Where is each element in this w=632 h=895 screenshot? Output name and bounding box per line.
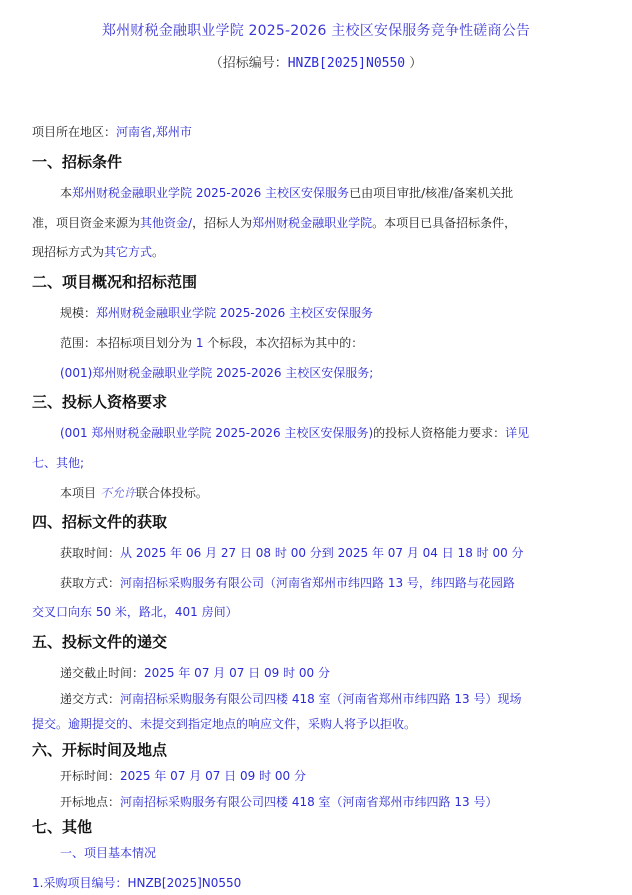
tender-number-code: HNZB[2025]N0550 [288,56,405,71]
tender-number: （招标编号：HNZB[2025]N0550 ） [0,52,632,71]
text: ，招标人为 [192,216,252,230]
region-value: 河南省,郑州市 [116,125,192,139]
scale-value: 郑州财税金融职业学院 2025-2026 主校区安保服务 [96,306,373,320]
basic-info-subheading: 一、项目基本情况 [60,844,156,861]
submission-method: 递交方式：河南招标采购服务有限公司四楼 418 室（河南省郑州市纬四路 13 号… [60,690,521,707]
section-1-para-line3: 现招标方式为其它方式。 [32,243,164,260]
qualification-requirement: (001 郑州财税金融职业学院 2025-2026 主校区安保服务)的投标人资格… [60,424,529,441]
label: 获取时间： [60,546,120,560]
opening-time-value: 2025 年 07 月 07 日 09 时 00 分 [120,769,306,783]
text: 准，项目资金来源为 [32,216,140,230]
section-3-heading: 三、投标人资格要求 [32,391,167,412]
text: 。 [152,245,164,259]
section-6-heading: 六、开标时间及地点 [32,739,167,760]
text: 现招标方式为 [32,245,104,259]
see-reference: 详见 [505,426,529,440]
project-range: 范围：本招标项目划分为 1 个标段，本次招标为其中的： [60,334,363,351]
section-4-heading: 四、招标文件的获取 [32,511,167,532]
joint-bidding-status: 不允许 [100,486,136,500]
section-7-heading: 七、其他 [32,816,92,837]
submission-method-value: 河南招标采购服务有限公司四楼 418 室（河南省郑州市纬四路 13 号）现场 [120,692,521,706]
acquisition-method-value: 河南招标采购服务有限公司（河南省郑州市纬四路 13 号，纬四路与花园路 [120,576,515,590]
text: 已由项目审批/核准/备案机关批 [349,186,513,200]
label: 开标时间： [60,769,120,783]
scale-label: 规模： [60,306,96,320]
section-2-heading: 二、项目概况和招标范围 [32,271,197,292]
procurement-number: 1.采购项目编号：HNZB[2025]N0550 [32,874,241,891]
tender-method: 其它方式 [104,245,152,259]
lot-item: (001)郑州财税金融职业学院 2025-2026 主校区安保服务; [60,364,373,381]
label: 递交方式： [60,692,120,706]
acquisition-method: 获取方式：河南招标采购服务有限公司（河南省郑州市纬四路 13 号，纬四路与花园路 [60,574,515,591]
region-label: 项目所在地区： [32,125,116,139]
text: 本 [60,186,72,200]
tender-number-suffix: ） [405,56,422,71]
acquisition-time: 获取时间：从 2025 年 06 月 27 日 08 时 00 分到 2025 … [60,544,524,561]
label: 递交截止时间： [60,666,144,680]
project-scale: 规模：郑州财税金融职业学院 2025-2026 主校区安保服务 [60,304,373,321]
opening-place-value: 河南招标采购服务有限公司四楼 418 室（河南省郑州市纬四路 13 号） [120,795,497,809]
text: 联合体投标。 [136,486,208,500]
tender-number-prefix: （招标编号： [210,56,288,71]
opening-time: 开标时间：2025 年 07 月 07 日 09 时 00 分 [60,767,306,784]
section-1-para-line1: 本郑州财税金融职业学院 2025-2026 主校区安保服务已由项目审批/核准/备… [60,184,513,201]
section-5-heading: 五、投标文件的递交 [32,631,167,652]
text: 的投标人资格能力要求： [373,426,505,440]
tenderer-name: 郑州财税金融职业学院 [252,216,372,230]
text: 本项目 [60,486,100,500]
lot-reference: (001 郑州财税金融职业学院 2025-2026 主校区安保服务) [60,426,373,440]
submission-deadline: 递交截止时间：2025 年 07 月 07 日 09 时 00 分 [60,664,330,681]
text: 范围：本招标项目划分为 [60,336,196,350]
submission-method-cont: 提交。逾期提交的、未提交到指定地点的响应文件，采购人将予以拒收。 [32,715,416,732]
fund-source: 其他资金/ [140,216,192,230]
opening-place: 开标地点：河南招标采购服务有限公司四楼 418 室（河南省郑州市纬四路 13 号… [60,793,497,810]
label: 获取方式： [60,576,120,590]
label: 开标地点： [60,795,120,809]
see-section-7-link: 七、其他; [32,454,84,471]
text: 个标段，本次招标为其中的： [203,336,363,350]
announcement-title: 郑州财税金融职业学院 2025-2026 主校区安保服务竞争性磋商公告 [0,20,632,40]
deadline-value: 2025 年 07 月 07 日 09 时 00 分 [144,666,330,680]
text: 。本项目已具备招标条件， [372,216,516,230]
acquisition-method-cont: 交叉口向东 50 米，路北，401 房间） [32,603,238,620]
project-region: 项目所在地区：河南省,郑州市 [32,123,192,140]
acquisition-time-value: 从 2025 年 06 月 27 日 08 时 00 分到 2025 年 07 … [120,546,524,560]
joint-bidding-note: 本项目 不允许联合体投标。 [60,484,208,501]
section-1-para-line2: 准，项目资金来源为其他资金/，招标人为郑州财税金融职业学院。本项目已具备招标条件… [32,214,516,231]
project-name: 郑州财税金融职业学院 2025-2026 主校区安保服务 [72,186,349,200]
section-1-heading: 一、招标条件 [32,151,122,172]
